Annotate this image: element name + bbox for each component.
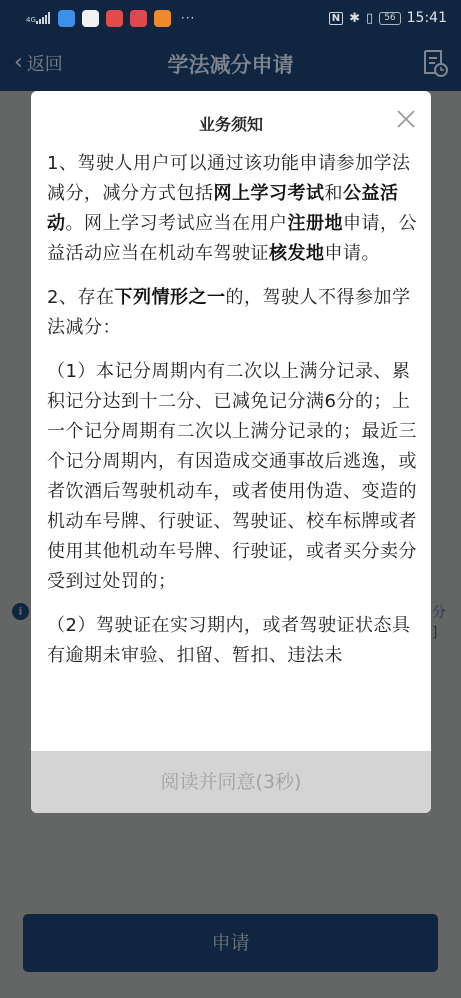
history-record-icon[interactable] (421, 48, 449, 78)
app-icon-red (106, 10, 123, 27)
dialog-title: 业务须知 (31, 112, 431, 135)
dialog-content[interactable]: 1、驾驶人用户可以通过该功能申请参加学法减分，减分方式包括网上学习考试和公益活动… (47, 149, 417, 685)
signal-icon: 4G (26, 12, 54, 24)
status-bar: 4G ··· N ✱ ▯ 56 15:41 (0, 0, 461, 36)
app-icon-play (154, 10, 171, 27)
app-icon-m (82, 10, 99, 27)
bluetooth-icon: ✱ (349, 11, 360, 26)
clock: 15:41 (407, 10, 447, 26)
notice-paragraph-4: （2）驾驶证在实习期内，或者驾驶证状态具有逾期未审验、扣留、暂扣、违法未 (47, 611, 417, 671)
read-and-agree-button[interactable]: 阅读并同意(3秒) (31, 751, 431, 813)
info-icon: i (12, 603, 29, 620)
notice-dialog: 业务须知 1、驾驶人用户可以通过该功能申请参加学法减分，减分方式包括网上学习考试… (31, 91, 431, 813)
close-icon[interactable] (395, 108, 417, 130)
notice-paragraph-1: 1、驾驶人用户可以通过该功能申请参加学法减分，减分方式包括网上学习考试和公益活动… (47, 149, 417, 269)
background-text-fragment: 分 ] (432, 603, 446, 643)
network-type: 4G (26, 17, 36, 24)
app-icon-blue (58, 10, 75, 27)
apply-button[interactable]: 申请 (23, 914, 438, 972)
app-icon-book (130, 10, 147, 27)
vibrate-icon: ▯ (366, 11, 373, 26)
nfc-icon: N (329, 12, 343, 25)
nav-bar: ‹ 返回 学法减分申请 (0, 36, 461, 91)
more-notifications-icon: ··· (181, 11, 195, 25)
page-title: 学法减分申请 (0, 49, 461, 79)
notice-paragraph-3: （1）本记分周期内有二次以上满分记录、累积记分达到十二分、已减免记分满6分的；上… (47, 357, 417, 597)
notice-paragraph-2: 2、存在下列情形之一的，驾驶人不得参加学法减分： (47, 283, 417, 343)
battery-icon: 56 (379, 12, 400, 25)
